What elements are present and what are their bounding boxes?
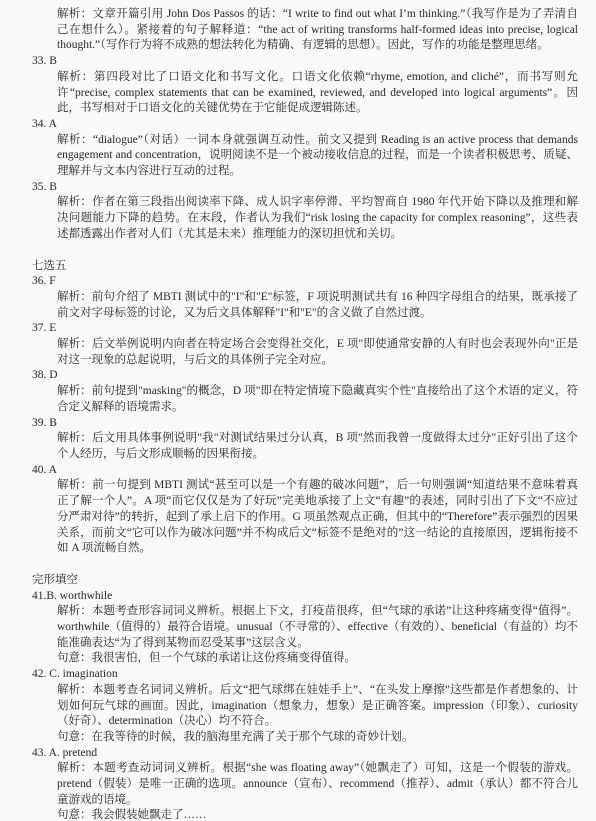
explanation-paragraph: 解析：本题考查动词词义辨析。根据“she was floating away”（…: [57, 761, 578, 808]
section-header: 七选五: [32, 259, 578, 275]
answer-line: 43. A. pretend: [32, 746, 578, 762]
answer-line: 38. D: [32, 368, 578, 384]
explanation-paragraph: 解析：前句提到"masking"的概念，D 项"即在特定情境下隐藏真实个性"直接…: [57, 384, 578, 415]
answer-line: 37. E: [32, 321, 578, 337]
document-page: 解析：文章开篇引用 John Dos Passos 的话：“I write to…: [0, 0, 596, 821]
answer-line: 40. A: [32, 463, 578, 479]
explanation-paragraph: 句意：我会假装她飘走了……: [57, 808, 578, 821]
explanation-paragraph: 解析：前句介绍了 MBTI 测试中的"I"和"E"标签，F 项说明测试共有 16…: [57, 290, 578, 321]
explanation-paragraph: 解析：本题考查名词词义辨析。后文“把气球绑在娃娃手上”、“在头发上摩擦”这些都是…: [57, 683, 578, 730]
answer-line: 34. A: [32, 117, 578, 133]
explanation-paragraph: 解析：“dialogue”（对话）一词本身就强调互动性。前文又提到 Readin…: [57, 133, 578, 180]
answer-line: 41.B. worthwhile: [32, 589, 578, 605]
explanation-paragraph: 解析：本题考查形容词词义辨析。根据上下文，打疫苗很疼，但“气球的承诺”让这种疼痛…: [57, 604, 578, 651]
answer-line: 33. B: [32, 54, 578, 70]
answer-line: 39. B: [32, 416, 578, 432]
explanation-paragraph: 解析：前一句提到 MBTI 测试“甚至可以是一个有趣的破冰问题”，后一句则强调“…: [57, 478, 578, 557]
explanation-paragraph: 解析：第四段对比了口语文化和书写文化。口语文化依赖“rhyme, emotion…: [57, 70, 578, 117]
document-content: 解析：文章开篇引用 John Dos Passos 的话：“I write to…: [32, 7, 578, 821]
explanation-paragraph: 句意：在我等待的时候，我的脑海里充满了关于那个气球的奇妙计划。: [57, 730, 578, 746]
explanation-paragraph: 解析：后文用具体事例说明"我"对测试结果过分认真，B 项"然而我曾一度做得太过分…: [57, 431, 578, 462]
explanation-paragraph: 句意：我很害怕，但一个气球的承诺让这份疼痛变得值得。: [57, 651, 578, 667]
answer-line: 42. C. imagination: [32, 667, 578, 683]
answer-line: 36. F: [32, 274, 578, 290]
answer-line: 35. B: [32, 180, 578, 196]
explanation-paragraph: 解析：后文举例说明内向者在特定场合会变得社交化，E 项"即使通常安静的人有时也会…: [57, 337, 578, 368]
section-header: 完形填空: [32, 573, 578, 589]
explanation-paragraph: 解析：文章开篇引用 John Dos Passos 的话：“I write to…: [57, 7, 578, 54]
explanation-paragraph: 解析：作者在第三段指出阅读率下降、成人识字率停滞、平均智商自 1980 年代开始…: [57, 195, 578, 242]
